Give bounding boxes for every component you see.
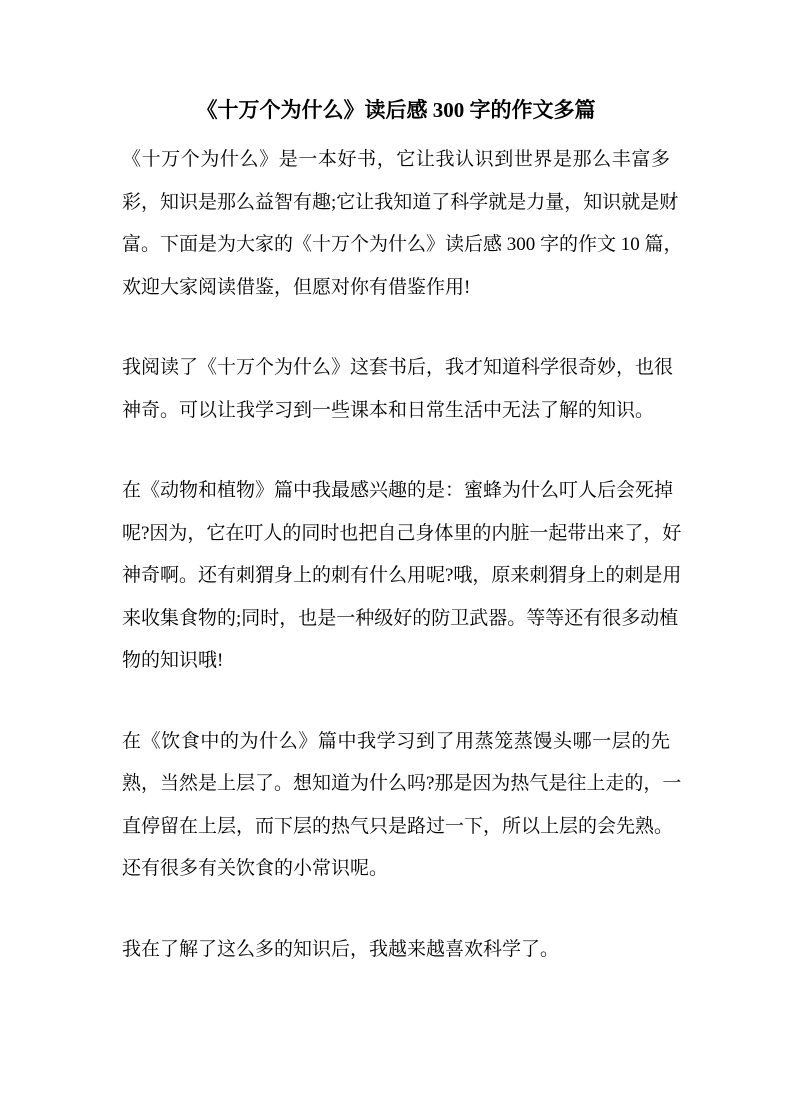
text-line: 直停留在上层，而下层的热气只是路过一下，所以上层的会先熟。 xyxy=(122,806,670,849)
text-line: 来收集食物的;同时，也是一种级好的防卫武器。等等还有很多动植 xyxy=(122,598,670,641)
text-line: 呢?因为，它在叮人的同时也把自己身体里的内脏一起带出来了，好 xyxy=(122,513,670,556)
text-line: 《十万个为什么》是一本好书，它让我认识到世界是那么丰富多 xyxy=(122,139,670,182)
text-line: 欢迎大家阅读借鉴，但愿对你有借鉴作用! xyxy=(122,267,670,310)
text-line: 神奇啊。还有刺猬身上的刺有什么用呢?哦，原来刺猬身上的刺是用 xyxy=(122,555,670,598)
document-title: 《十万个为什么》读后感 300 字的作文多篇 xyxy=(122,92,670,129)
text-line: 富。下面是为大家的《十万个为什么》读后感 300 字的作文 10 篇， xyxy=(122,224,670,267)
paragraph: 在《饮食中的为什么》篇中我学习到了用蒸笼蒸馒头哪一层的先熟，当然是上层了。想知道… xyxy=(122,721,670,891)
document-content: 《十万个为什么》读后感 300 字的作文多篇 《十万个为什么》是一本好书，它让我… xyxy=(0,0,792,971)
text-line: 我阅读了《十万个为什么》这套书后，我才知道科学很奇妙，也很 xyxy=(122,347,670,390)
text-line: 彩，知识是那么益智有趣;它让我知道了科学就是力量，知识就是财 xyxy=(122,182,670,225)
text-line: 在《动物和植物》篇中我最感兴趣的是：蜜蜂为什么叮人后会死掉 xyxy=(122,470,670,513)
document-body: 《十万个为什么》是一本好书，它让我认识到世界是那么丰富多彩，知识是那么益智有趣;… xyxy=(122,139,670,971)
paragraph: 《十万个为什么》是一本好书，它让我认识到世界是那么丰富多彩，知识是那么益智有趣;… xyxy=(122,139,670,309)
paragraph: 我在了解了这么多的知识后，我越来越喜欢科学了。 xyxy=(122,929,670,972)
text-line: 物的知识哦! xyxy=(122,640,670,683)
text-line: 在《饮食中的为什么》篇中我学习到了用蒸笼蒸馒头哪一层的先 xyxy=(122,721,670,764)
text-line: 我在了解了这么多的知识后，我越来越喜欢科学了。 xyxy=(122,929,670,972)
text-line: 还有很多有关饮食的小常识呢。 xyxy=(122,848,670,891)
text-line: 熟，当然是上层了。想知道为什么吗?那是因为热气是往上走的，一 xyxy=(122,763,670,806)
paragraph: 在《动物和植物》篇中我最感兴趣的是：蜜蜂为什么叮人后会死掉呢?因为，它在叮人的同… xyxy=(122,470,670,683)
paragraph: 我阅读了《十万个为什么》这套书后，我才知道科学很奇妙，也很神奇。可以让我学习到一… xyxy=(122,347,670,432)
document-page: 《十万个为什么》读后感 300 字的作文多篇 《十万个为什么》是一本好书，它让我… xyxy=(0,0,792,1120)
text-line: 神奇。可以让我学习到一些课本和日常生活中无法了解的知识。 xyxy=(122,390,670,433)
